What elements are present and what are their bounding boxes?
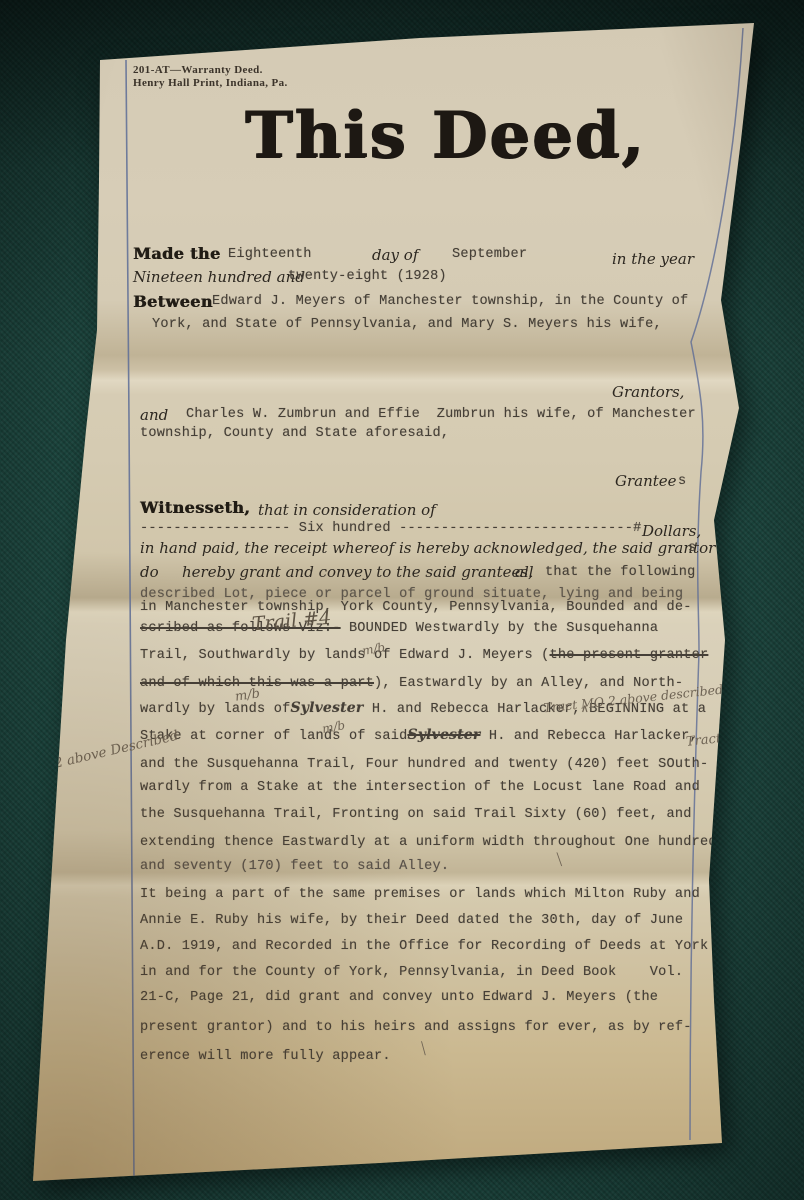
printer-imprint: 201-AT—Warranty Deed. Henry Hall Print, … [133,64,288,90]
bounded-westwardly: BOUNDED Westwardly by the Susquehanna [341,621,659,636]
typed-line-wardly-from: wardly from a Stake at the intersection … [140,780,700,795]
eastwardly-alley: ), Eastwardly by an Alley, and North- [374,676,683,691]
label-consideration: that in consideration of [258,501,436,519]
typed-line-inandfor: in and for the County of York, Pennsylva… [140,965,683,980]
annotation-tract-note: Tract MO 2 above described [543,682,724,716]
left-margin-line [126,60,134,1181]
typed-line-erence: erence will more fully appear. [140,1049,391,1064]
field-following: that the following [545,565,695,580]
typed-line-extending: extending thence Eastwardly at a uniform… [140,835,717,850]
typed-line-susquehanna: and the Susquehanna Trail, Four hundred … [140,757,708,772]
deed-paper: 201-AT—Warranty Deed. Henry Hall Print, … [0,0,804,1200]
imprint-line1: 201-AT—Warranty Deed. [133,64,288,77]
typed-line-seventy: and seventy (170) feet to said Alley. [140,859,449,874]
photo-backdrop: { "colors": { "backdrop": "#1c473f", "pa… [0,0,804,1200]
annotation-trail-4: Trail #4 [251,607,332,636]
grantee-plural-s: s [678,474,686,489]
handwritten-sylvester-1: Sylvester [290,700,363,716]
annotation-mb-3: m/b [321,718,346,736]
typed-line-manchester: in Manchester township, York County, Pen… [140,600,692,615]
label-do: do [140,563,159,581]
typed-line-trail: Trail, Southwardly by lands of Edward J.… [140,648,708,663]
field-month: September [452,247,527,262]
label-dollars: Dollars, [642,522,701,540]
margin-lines [0,0,804,1200]
grantor-plural-s: s [688,541,696,556]
pencil-tick-appear: ╲ [419,1041,428,1055]
struck-was-a-part: and of which this was a part [140,676,374,691]
beginning-at-a: BEGINNING at a [589,702,706,717]
right-margin-line [690,28,743,1140]
typed-line-present-grantor: present grantor) and to his heirs and as… [140,1020,692,1035]
typed-line-annie: Annie E. Ruby his wife, by their Deed da… [140,913,683,928]
convey-phrase: hereby grant and convey to the said gran… [182,563,533,581]
struck-present-granter: the present granter [550,648,709,663]
wardly-by-lands: wardly by lands of [140,702,290,717]
label-all: all [515,563,534,581]
label-nineteen-hundred: Nineteen hundred and [133,268,305,286]
annotation-mb-1: m/b [361,640,386,658]
annotation-tract-word: Tract [685,731,722,750]
grantee-line1: Charles W. Zumbrun and Effie Zumbrun his… [186,407,696,422]
receipt-line: in hand paid, the receipt whereof is her… [140,539,715,557]
field-amount: ------------------ Six hundred ---------… [140,521,641,536]
stake-at-corner: Stake at corner of lands of said [140,729,407,744]
grantee-line2: township, County and State aforesaid, [140,426,449,441]
imprint-line2: Henry Hall Print, Indiana, Pa. [133,77,288,90]
grantor-line2: York, and State of Pennsylvania, and Mar… [152,317,662,332]
typed-line-scribed: scribed as follows Viz:- BOUNDED Westwar… [140,621,658,636]
pencil-tick-alley: ╲ [555,853,563,867]
label-in-the-year: in the year [612,250,694,268]
typed-line-described: described Lot, piece or parcel of ground… [140,587,683,602]
typed-line-wardly: wardly by lands ofSylvester H. and Rebec… [140,700,706,717]
label-day-of: day of [372,246,418,264]
typed-line-itbeing: It being a part of the same premises or … [140,887,700,902]
field-year: twenty-eight (1928) [288,269,447,284]
label-and: and [140,406,168,424]
pencil-caret: ∧ [581,702,589,715]
typed-line-stake: Stake at corner of lands of saidSylveste… [140,727,698,744]
label-grantee: Grantee [615,472,677,490]
label-between: Between [133,292,213,311]
southwardly-lands: Trail, Southwardly by lands of Edward J.… [140,648,550,663]
typed-line-part: and of which this was a part), Eastwardl… [140,676,683,691]
handwritten-sylvester-2: Sylvester [407,727,480,743]
typed-line-ad1919: A.D. 1919, and Recorded in the Office fo… [140,939,708,954]
typed-line-fronting: the Susquehanna Trail, Fronting on said … [140,807,692,822]
label-witnesseth: Witnesseth, [140,498,250,517]
deed-title: This Deed, [230,98,660,173]
label-made-the: Made the [133,244,220,263]
annotation-mb-2: m/b [234,686,261,704]
field-day: Eighteenth [228,247,312,262]
grantor-line1: Edward J. Meyers of Manchester township,… [212,294,688,309]
rebecca-harlacker-1: H. and Rebecca Harlacker, [363,702,580,717]
annotation-margin-note: MO 2 above Described [24,728,180,779]
label-grantors: Grantors, [612,383,684,401]
typed-line-deedbook: 21-C, Page 21, did grant and convey unto… [140,990,658,1005]
struck-scribed-viz: scribed as follows Viz:- [140,621,341,636]
rebecca-harlacker-2: H. and Rebecca Harlacker, [481,729,698,744]
deed-paper-wrapper: 201-AT—Warranty Deed. Henry Hall Print, … [0,0,804,1200]
